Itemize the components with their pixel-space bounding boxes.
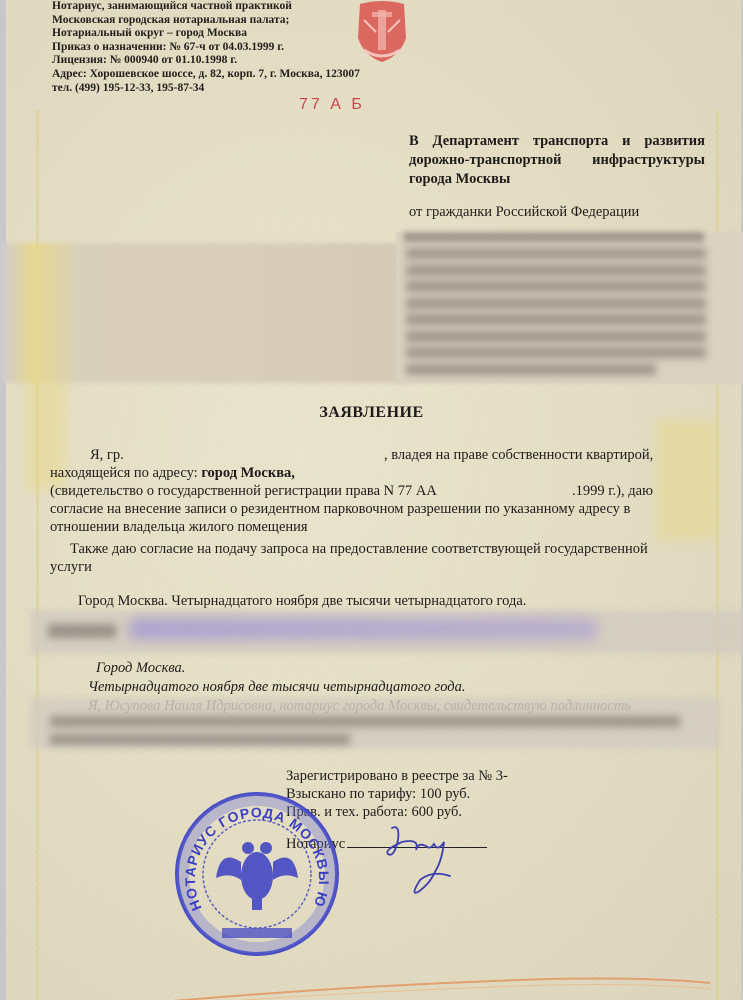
statement-certificate: (свидетельство о государственной регистр… — [50, 482, 437, 500]
cert-city: Город Москва. — [96, 658, 185, 678]
header-line: Нотариальный округ – город Москва — [52, 27, 360, 41]
place-and-date: Город Москва. Четырнадцатого ноября две … — [78, 592, 526, 610]
registry-number: Зарегистрировано в реестре за № 3- — [286, 767, 508, 785]
redacted-line — [406, 298, 706, 309]
redacted-label — [48, 624, 116, 638]
header-line: тел. (499) 195-12-33, 195-87-34 — [52, 82, 360, 96]
addressee-block: В Департамент транспорта и развития доро… — [409, 132, 705, 189]
redacted-line — [50, 734, 350, 745]
statement-consent-2: Также даю согласие на подачу запроса на … — [70, 540, 648, 558]
addressee-line: В Департамент транспорта и развития — [409, 132, 705, 151]
cert-date: Четырнадцатого ноября две тысячи четырна… — [88, 677, 465, 697]
header-line: Нотариус, занимающийся частной практикой — [52, 0, 360, 14]
notary-chamber-emblem-icon — [354, 0, 410, 66]
statement-start: Я, гр. — [90, 446, 124, 464]
statement-consent-2-end: услуги — [50, 558, 92, 576]
stain — [656, 420, 716, 540]
addressee-line: дорожно-транспортной инфраструктуры — [409, 151, 705, 170]
form-serial: 77 А Б — [299, 96, 365, 114]
notary-stamp-icon: НОТАРИУС ГОРОДА МОСКВЫ ЮСУПОВА Н.И. — [172, 788, 342, 960]
redacted-region — [0, 243, 408, 383]
statement-owner: отношении владельца жилого помещения — [50, 518, 308, 536]
redacted-line — [406, 248, 706, 259]
statement-address: находящейся по адресу: город Москва, — [50, 464, 295, 482]
address-value: город Москва, — [201, 465, 295, 481]
document-title: ЗАЯВЛЕНИЕ — [0, 404, 743, 422]
header-line: Приказ о назначении: № 67-ч от 04.03.199… — [52, 41, 360, 55]
statement-ownership: , владея на праве собственности квартиро… — [384, 446, 653, 464]
statement-consent: согласие на внесение записи о резидентно… — [50, 500, 630, 518]
notary-signature-icon — [380, 820, 460, 900]
address-label: находящейся по адресу: — [50, 465, 201, 481]
redacted-line — [406, 331, 706, 342]
redacted-line — [406, 314, 706, 325]
header-line: Лицензия: № 000940 от 01.10.1998 г. — [52, 54, 360, 68]
decorative-border-curve-icon — [150, 965, 710, 1000]
redacted-line — [50, 716, 680, 727]
redacted-signature — [128, 618, 598, 640]
notary-header: Нотариус, занимающийся частной практикой… — [52, 0, 360, 95]
applicant-from: от гражданки Российской Федерации — [409, 204, 639, 221]
redacted-line — [406, 265, 706, 276]
statement-certificate-date: .1999 г.), даю — [572, 482, 653, 500]
redacted-line — [406, 364, 656, 375]
header-line: Московская городская нотариальная палата… — [52, 14, 360, 28]
redacted-line — [404, 232, 704, 242]
header-line: Адрес: Хорошевское шоссе, д. 82, корп. 7… — [52, 68, 360, 82]
redacted-line — [406, 281, 706, 292]
addressee-line: города Москвы — [409, 170, 705, 189]
redacted-line — [406, 347, 706, 358]
